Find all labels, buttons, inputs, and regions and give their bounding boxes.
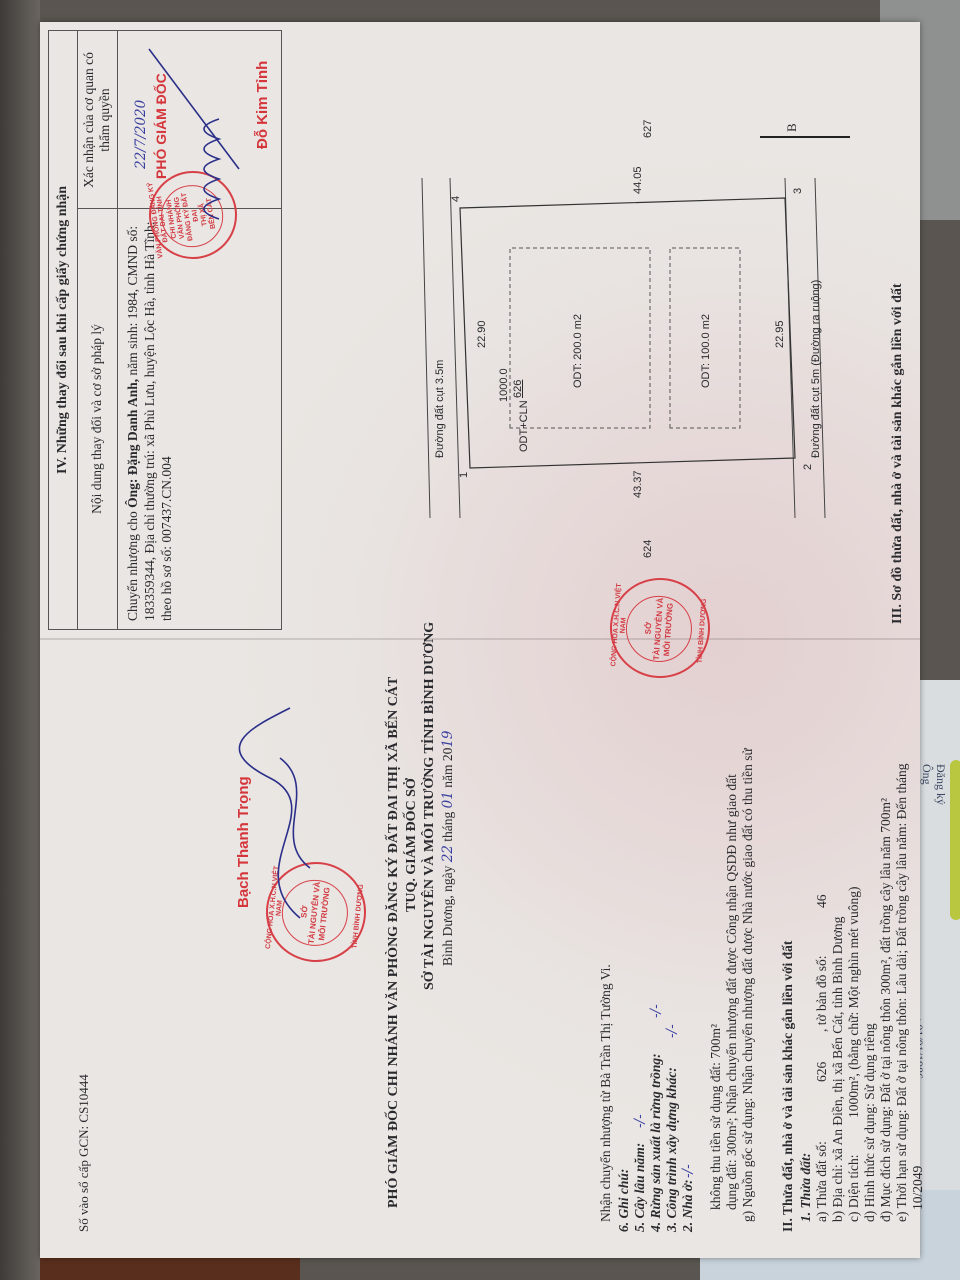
page-right: III. Sơ đồ thửa đất, nhà ở và tài sản kh… — [40, 22, 920, 638]
col1-header: Nội dung thay đổi và cơ sở pháp lý — [77, 209, 118, 629]
place-date: Bình Dương, ngày 22 tháng 01 năm 2019 — [440, 730, 456, 966]
house-label: 2. Nhà ở: — [680, 1179, 696, 1232]
department-stamp-center: CỘNG HÒA X.H.C.N VIỆT NAM SỞ TÀI NGUYÊN … — [607, 575, 714, 682]
signature-do-kim-tinh — [129, 39, 269, 229]
edge-left: 43.37 — [630, 470, 646, 498]
edge-right: 44.05 — [630, 166, 646, 194]
section-iii-title: III. Sơ đồ thửa đất, nhà ở và tài sản kh… — [890, 283, 906, 624]
side-line-a: Đăng ký — [933, 764, 948, 805]
table-surface — [0, 0, 40, 1280]
origin-line1: g) Nguồn gốc sử dụng: Nhận chuyển nhượng… — [740, 748, 756, 1222]
neighbor-627: 627 — [640, 120, 656, 138]
north-arrow-icon — [760, 136, 850, 138]
other-construction-label: 3. Công trình xây dựng khác: — [664, 1067, 680, 1232]
sign-year: 19 — [440, 730, 456, 747]
neighbor-624: 624 — [640, 540, 656, 558]
notes-text: Nhận chuyển nhượng từ Bà Trần Thị Tường … — [598, 964, 614, 1222]
sign-day: 22 — [440, 845, 456, 862]
road-top-label: Đường đất cụt 5m (Đường ra ruộng) — [808, 280, 824, 458]
north-label: B — [784, 123, 800, 132]
highlighter-pen — [950, 760, 960, 920]
perennial-value: -/- — [632, 1114, 648, 1128]
col2-header: Xác nhận của cơ quan có thẩm quyền — [77, 31, 118, 209]
corner-4: 4 — [448, 196, 464, 202]
origin-line2: dụng đất: 300m²; Nhận chuyển nhượng đất … — [724, 774, 740, 1210]
house-value: -/- — [680, 1164, 696, 1178]
zone-odt-100: ODT: 100.0 m2 — [698, 314, 714, 388]
side-line-b: Ông — [919, 764, 934, 785]
parcel-type: ODT+CLN — [516, 400, 532, 452]
edge-top: 22.95 — [772, 320, 788, 348]
signer-position: PHÓ GIÁM ĐỐC CHI NHÁNH VĂN PHÒNG ĐĂNG KÝ… — [386, 677, 402, 1208]
tuq-title: TUQ. GIÁM ĐỐC SỞ — [404, 778, 420, 912]
notes-label: 6. Ghi chú: — [616, 1169, 632, 1232]
transferee-name: Ông: Đặng Danh Anh, — [125, 379, 140, 508]
changes-table: IV. Những thay đổi sau khi cấp giấy chứn… — [48, 30, 282, 630]
perennial-label: 5. Cây lâu năm: — [632, 1143, 648, 1232]
road-bottom-label: Đường đất cụt 3.5m — [432, 360, 448, 458]
zone-odt-200: ODT: 200.0 m2 — [570, 314, 586, 388]
change-entry: Chuyển nhượng cho Ông: Đặng Danh Anh, nă… — [118, 209, 181, 629]
parcel-area-label: 1000.0 — [496, 368, 512, 402]
edge-bottom: 22.90 — [474, 320, 490, 348]
corner-2: 2 — [800, 464, 816, 470]
origin-line3: không thu tiền sử dụng đất: 700m² — [708, 1024, 724, 1210]
land-certificate: II. Thửa đất, nhà ở và tài sản khác gắn … — [40, 22, 920, 1258]
other-construction-value: -/- — [664, 1024, 680, 1038]
forest-label: 4. Rừng sản xuất là rừng trồng: — [648, 1053, 664, 1232]
corner-1: 1 — [456, 472, 472, 478]
changes-content-column: Nội dung thay đổi và cơ sở pháp lý Chuyể… — [77, 208, 281, 629]
forest-value: -/- — [648, 1004, 664, 1018]
agency-name: SỞ TÀI NGUYÊN VÀ MÔI TRƯỜNG TỈNH BÌNH DƯ… — [422, 622, 438, 990]
sign-month: 01 — [440, 791, 456, 808]
parcel-number-label: 626 — [510, 380, 526, 398]
parcel-diagram: Đường đất cụt 5m (Đường ra ruộng) Đường … — [420, 98, 860, 578]
register-number: Số vào sổ cấp GCN: CS10444 — [76, 1074, 92, 1232]
page-left-continued: g) Nguồn gốc sử dụng: Nhận chuyển nhượng… — [40, 640, 920, 1258]
corner-3: 3 — [790, 188, 806, 194]
signer-name: Bạch Thanh Trọng — [236, 776, 252, 908]
section-iv-title: IV. Những thay đổi sau khi cấp giấy chứn… — [49, 31, 78, 629]
